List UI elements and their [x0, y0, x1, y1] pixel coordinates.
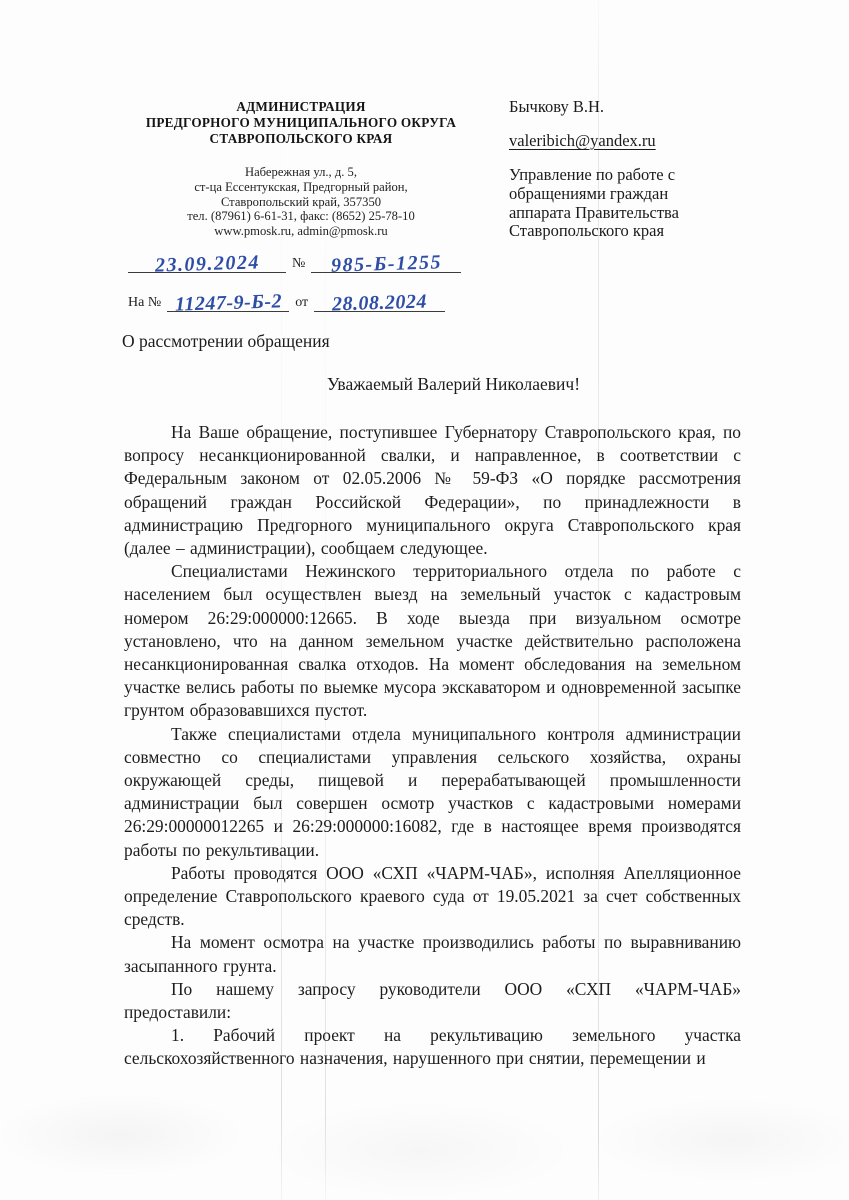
handwritten-incoming-number: 11247-9-Б-2 — [174, 290, 282, 316]
body-paragraph: Специалистами Нежинского территориальног… — [124, 560, 741, 722]
sender-org-line: АДМИНИСТРАЦИЯ — [121, 99, 481, 115]
body-paragraph: На момент осмотра на участке производили… — [124, 931, 741, 977]
number-sign-label: № — [286, 256, 311, 273]
recipient-block: Бычкову В.Н. valeribich@yandex.ru Управл… — [509, 97, 759, 241]
body-paragraph: На Ваше обращение, поступившее Губернато… — [124, 421, 741, 560]
incoming-date-blank: 28.08.2024 — [314, 281, 445, 312]
subject-line: О рассмотрении обращения — [122, 331, 330, 352]
body-paragraph: 1. Рабочий проект на рекультивацию земел… — [124, 1024, 741, 1070]
recipient-org-line: обращениями граждан — [509, 185, 759, 204]
handwritten-outgoing-date: 23.09.2024 — [154, 251, 260, 277]
outgoing-date-blank: 23.09.2024 — [128, 242, 286, 273]
sender-address-line: www.pmosk.ru, admin@pmosk.ru — [121, 224, 481, 239]
sender-address-line: Ставропольский край, 357350 — [121, 195, 481, 210]
sender-letterhead: АДМИНИСТРАЦИЯ ПРЕДГОРНОГО МУНИЦИПАЛЬНОГО… — [121, 99, 481, 146]
incoming-number-label: На № — [122, 295, 167, 312]
sender-address: Набережная ул., д. 5, ст-ца Ессентукская… — [121, 165, 481, 239]
recipient-email: valeribich@yandex.ru — [509, 131, 656, 150]
outgoing-reference-line: 23.09.2024 № 985-Б-1255 — [128, 243, 461, 273]
handwritten-outgoing-number: 985-Б-1255 — [331, 251, 443, 277]
sender-address-line: ст-ца Ессентукская, Предгорный район, — [121, 180, 481, 195]
letter-body: На Ваше обращение, поступившее Губернато… — [124, 421, 741, 1071]
handwritten-incoming-date: 28.08.2024 — [332, 291, 428, 317]
recipient-org-line: аппарата Правительства — [509, 204, 759, 223]
sender-org-line: СТАВРОПОЛЬСКОГО КРАЯ — [121, 131, 481, 147]
recipient-organization: Управление по работе с обращениями гражд… — [509, 166, 759, 241]
outgoing-number-blank: 985-Б-1255 — [311, 242, 461, 273]
sender-address-line: тел. (87961) 6-61-31, факс: (8652) 25-78… — [121, 209, 481, 224]
body-paragraph: Работы проводятся ООО «СХП «ЧАРМ-ЧАБ», и… — [124, 862, 741, 932]
body-paragraph: Также специалистами отдела муниципальног… — [124, 723, 741, 862]
incoming-number-blank: 11247-9-Б-2 — [167, 281, 289, 312]
body-paragraph: По нашему запросу руководители ООО «СХП … — [124, 978, 741, 1024]
salutation: Уважаемый Валерий Николаевич! — [327, 374, 580, 395]
sender-address-line: Набережная ул., д. 5, — [121, 165, 481, 180]
incoming-date-label: от — [289, 295, 314, 312]
incoming-reference-line: На № 11247-9-Б-2 от 28.08.2024 — [122, 282, 445, 312]
recipient-org-line: Ставропольского края — [509, 222, 759, 241]
recipient-org-line: Управление по работе с — [509, 166, 759, 185]
sender-org-line: ПРЕДГОРНОГО МУНИЦИПАЛЬНОГО ОКРУГА — [121, 115, 481, 131]
recipient-name: Бычкову В.Н. — [509, 97, 759, 116]
scanned-letter-page: АДМИНИСТРАЦИЯ ПРЕДГОРНОГО МУНИЦИПАЛЬНОГО… — [0, 0, 849, 1200]
